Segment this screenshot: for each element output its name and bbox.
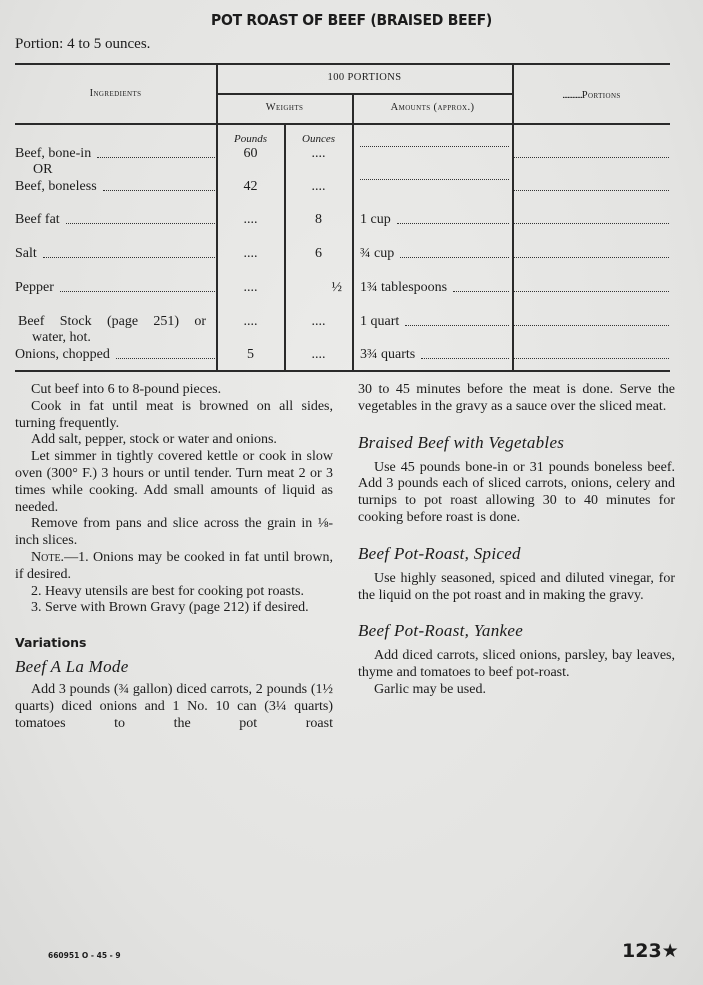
variation-title: Beef Pot-Roast, Yankee <box>358 621 675 641</box>
portions-label: Portions <box>582 90 621 101</box>
amount-text: 1 quart <box>360 314 399 330</box>
variation-text-continued: 30 to 45 minutes before the meat is done… <box>358 382 675 416</box>
ounces-salt: 6 <box>285 246 352 262</box>
variation-title: Beef A La Mode <box>15 657 333 677</box>
note-1: Note.—1. Onions may be cooked in fat unt… <box>15 550 333 584</box>
note-2: 2. Heavy utensils are best for cooking p… <box>15 584 333 601</box>
table-top-rule <box>15 63 670 65</box>
ingredient-or: OR <box>15 162 52 178</box>
amount-beef-fat: 1 cup <box>360 212 510 228</box>
ingredient-name: Salt <box>15 246 37 262</box>
table-sub-rule <box>217 93 512 95</box>
variations-column: 30 to 45 minutes before the meat is done… <box>358 382 675 699</box>
portions-salt <box>514 246 670 262</box>
variation-text: Add 3 pounds (¾ gallon) diced carrots, 2… <box>15 682 333 732</box>
ounces-beef-stock: .... <box>285 314 352 330</box>
pounds-beef-boneless: 42 <box>217 179 284 195</box>
pounds-salt: .... <box>217 246 284 262</box>
ingredient-name-line2: water, hot. <box>18 330 206 346</box>
amount-beef-boneless <box>360 179 510 184</box>
note-3: 3. Serve with Brown Gravy (page 212) if … <box>15 600 333 617</box>
pounds-beef-bone-in: 60 <box>217 146 284 162</box>
portion-size: Portion: 4 to 5 ounces. <box>15 36 150 53</box>
ingredient-name: Beef, boneless <box>15 179 97 195</box>
portions-onions <box>514 347 670 363</box>
page-number: 123★ <box>622 940 679 962</box>
ingredient-beef-bone-in: Beef, bone-in <box>15 146 216 162</box>
portions-beef-fat <box>514 212 670 228</box>
ingredient-beef-stock: Beef Stock (page 251) or water, hot. <box>18 314 206 346</box>
ingredient-name: Pepper <box>15 280 54 296</box>
or-label: OR <box>33 162 52 177</box>
ingredient-beef-boneless: Beef, boneless <box>15 179 216 195</box>
amount-salt: ¾ cup <box>360 246 510 262</box>
note-label: Note. <box>31 550 64 565</box>
amount-text: 1 cup <box>360 212 391 228</box>
ounces-beef-boneless: .... <box>285 179 352 195</box>
ingredient-name: Beef Stock (page 251) or <box>18 314 206 330</box>
amount-text: 3¾ quarts <box>360 347 415 363</box>
header-pounds: Pounds <box>217 133 284 145</box>
portions-beef-boneless <box>514 179 670 195</box>
variation-text: Add diced carrots, sliced onions, parsle… <box>358 648 675 682</box>
table-bottom-rule <box>15 370 670 372</box>
ounces-beef-bone-in: .... <box>285 146 352 162</box>
header-amounts-label: Amounts (approx.) <box>391 102 475 113</box>
variations-heading: Variations <box>15 635 333 652</box>
table-header-bottom-rule <box>15 123 670 125</box>
variation-text: Use 45 pounds bone-in or 31 pounds bonel… <box>358 460 675 527</box>
ounces-pepper: ½ <box>285 280 352 296</box>
ingredient-name: Beef, bone-in <box>15 146 91 162</box>
header-ingredients: Ingredients <box>15 88 216 99</box>
portions-blank: ............ <box>562 90 582 101</box>
direction-step: Let simmer in tightly covered kettle or … <box>15 449 333 516</box>
amount-pepper: 1¾ tablespoons <box>360 280 510 296</box>
ounces-onions: .... <box>285 347 352 363</box>
header-amounts: Amounts (approx.) <box>353 102 512 113</box>
amount-beef-stock: 1 quart <box>360 314 510 330</box>
variation-text: Use highly seasoned, spiced and diluted … <box>358 571 675 605</box>
amount-onions: 3¾ quarts <box>360 347 510 363</box>
header-portions: ............Portions <box>513 90 670 101</box>
header-ounces: Ounces <box>285 133 352 145</box>
portions-beef-bone-in <box>514 146 670 162</box>
ounces-beef-fat: 8 <box>285 212 352 228</box>
header-100-portions: 100 PORTIONS <box>217 72 512 83</box>
direction-step: Add salt, pepper, stock or water and oni… <box>15 432 333 449</box>
variation-title: Beef Pot-Roast, Spiced <box>358 544 675 564</box>
direction-step: Remove from pans and slice across the gr… <box>15 516 333 550</box>
ingredient-onions: Onions, chopped <box>15 347 216 363</box>
amount-text: 1¾ tablespoons <box>360 280 447 296</box>
print-code: 660951 O - 45 - 9 <box>48 951 121 960</box>
pounds-beef-fat: .... <box>217 212 284 228</box>
amount-text: ¾ cup <box>360 246 394 262</box>
direction-step: Cut beef into 6 to 8-pound pieces. <box>15 382 333 399</box>
pounds-beef-stock: .... <box>217 314 284 330</box>
pounds-pepper: .... <box>217 280 284 296</box>
variation-text-2: Garlic may be used. <box>358 682 675 699</box>
ingredient-name: Onions, chopped <box>15 347 110 363</box>
recipe-title: POT ROAST OF BEEF (BRAISED BEEF) <box>35 11 668 29</box>
direction-step: Cook in fat until meat is browned on all… <box>15 399 333 433</box>
ingredient-salt: Salt <box>15 246 216 262</box>
ingredient-beef-fat: Beef fat <box>15 212 216 228</box>
header-weights: Weights <box>217 102 352 113</box>
pounds-onions: 5 <box>217 347 284 363</box>
directions-column: Cut beef into 6 to 8-pound pieces. Cook … <box>15 382 333 732</box>
ingredient-name: Beef fat <box>15 212 60 228</box>
portions-pepper <box>514 280 670 296</box>
variation-title: Braised Beef with Vegetables <box>358 433 675 453</box>
col-divider-weights-amounts <box>352 94 354 370</box>
portions-beef-stock <box>514 314 670 330</box>
recipe-page: POT ROAST OF BEEF (BRAISED BEEF) Portion… <box>0 0 703 985</box>
amount-beef-bone-in <box>360 146 510 151</box>
ingredient-pepper: Pepper <box>15 280 216 296</box>
